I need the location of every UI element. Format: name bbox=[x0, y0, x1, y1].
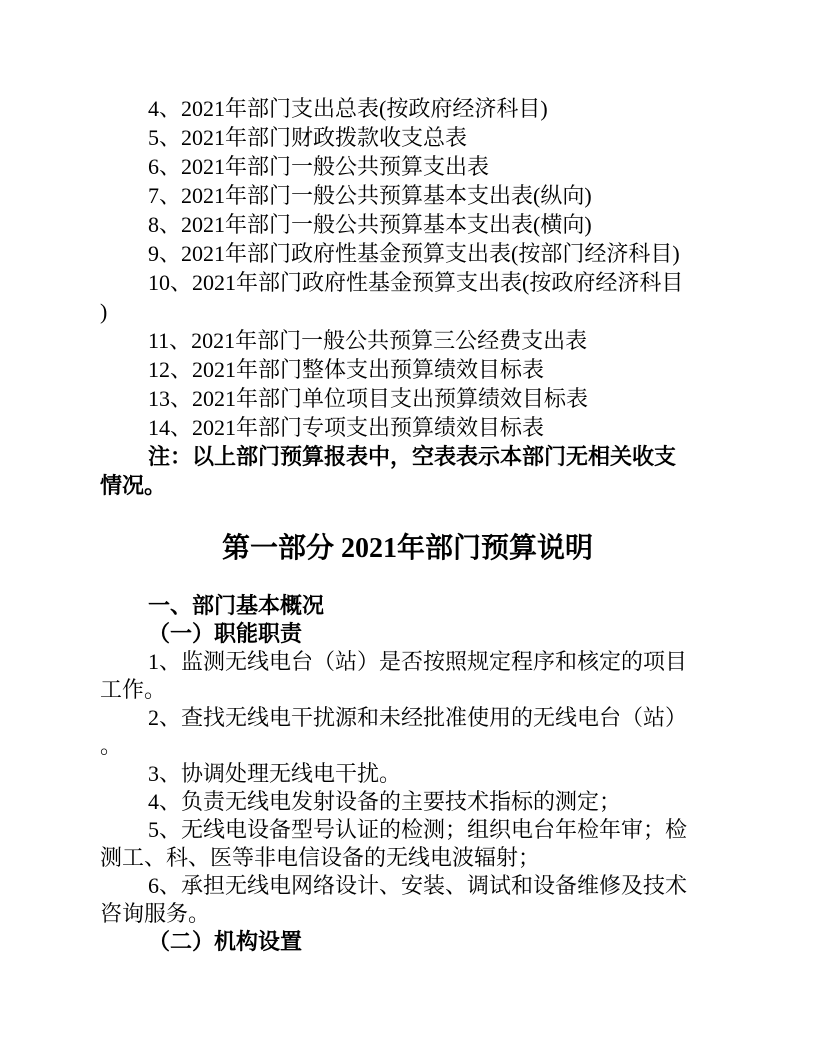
duty-line: 3、协调处理无线电干扰。 bbox=[100, 760, 715, 788]
section1-title: 一、部门基本概况 bbox=[100, 592, 715, 620]
report-list-item: 10、2021年部门政府性基金预算支出表(按政府经济科目 bbox=[100, 268, 715, 297]
duty-line: 6、承担无线电网络设计、安装、调试和设备维修及技术 bbox=[100, 872, 715, 900]
report-list-item: 11、2021年部门一般公共预算三公经费支出表 bbox=[100, 326, 715, 355]
subsection-duties-title: （一）职能职责 bbox=[100, 620, 715, 648]
duty-line: 4、负责无线电发射设备的主要技术指标的测定； bbox=[100, 788, 715, 816]
duty-line-wrap: 。 bbox=[100, 732, 715, 760]
duty-line: 2、查找无线电干扰源和未经批准使用的无线电台（站） bbox=[100, 704, 715, 732]
duty-line-wrap: 咨询服务。 bbox=[100, 900, 715, 928]
report-list-item: 8、2021年部门一般公共预算基本支出表(横向) bbox=[100, 210, 715, 239]
report-list-item: 4、2021年部门支出总表(按政府经济科目) bbox=[100, 94, 715, 123]
report-list-item: 9、2021年部门政府性基金预算支出表(按部门经济科目) bbox=[100, 239, 715, 268]
report-list-item: 7、2021年部门一般公共预算基本支出表(纵向) bbox=[100, 181, 715, 210]
report-list-item: 13、2021年部门单位项目支出预算绩效目标表 bbox=[100, 384, 715, 413]
duty-line-wrap: 测工、科、医等非电信设备的无线电波辐射； bbox=[100, 844, 715, 872]
report-list-item: 14、2021年部门专项支出预算绩效目标表 bbox=[100, 413, 715, 442]
duty-line: 1、监测无线电台（站）是否按照规定程序和核定的项目 bbox=[100, 648, 715, 676]
note-line-2: 情况。 bbox=[100, 471, 715, 500]
report-list-item: 12、2021年部门整体支出预算绩效目标表 bbox=[100, 355, 715, 384]
budget-tables-list-block: 4、2021年部门支出总表(按政府经济科目) 5、2021年部门财政拨款收支总表… bbox=[100, 94, 715, 500]
report-list-item: 5、2021年部门财政拨款收支总表 bbox=[100, 123, 715, 152]
duty-line: 5、无线电设备型号认证的检测；组织电台年检年审；检 bbox=[100, 816, 715, 844]
subsection-org-title: （二）机构设置 bbox=[100, 928, 715, 956]
duty-line-wrap: 工作。 bbox=[100, 676, 715, 704]
part1-heading: 第一部分 2021年部门预算说明 bbox=[100, 533, 715, 564]
document-page: 4、2021年部门支出总表(按政府经济科目) 5、2021年部门财政拨款收支总表… bbox=[0, 0, 815, 1055]
report-list-item: 6、2021年部门一般公共预算支出表 bbox=[100, 152, 715, 181]
note-line-1: 注：以上部门预算报表中，空表表示本部门无相关收支 bbox=[100, 442, 715, 471]
part1-body-block: 一、部门基本概况 （一）职能职责 1、监测无线电台（站）是否按照规定程序和核定的… bbox=[100, 592, 715, 956]
report-list-item-wrap: ) bbox=[100, 297, 715, 326]
